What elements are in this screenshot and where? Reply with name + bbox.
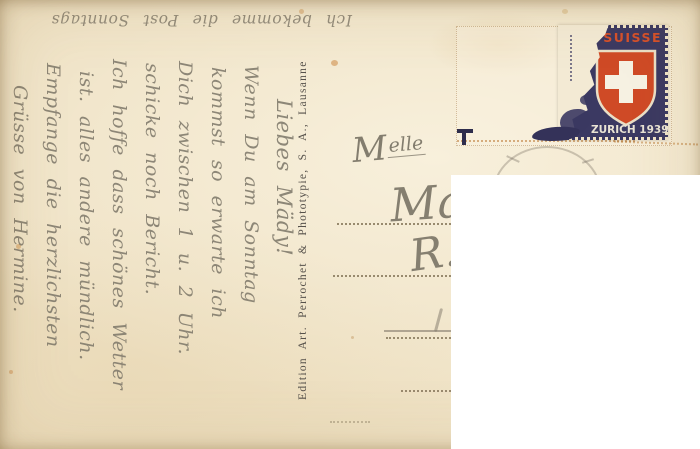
address-salutation: Melle [350,125,427,171]
inverted-pencil-note: Ich bekomme die Post Sonntags [0,1,358,29]
address-dotted-line [330,421,370,423]
swiss-shield-icon [594,49,658,127]
message-line: Empfange die herzlichsten [36,63,69,445]
address-pen-fragment [434,308,443,332]
message-line: kommst so erwarte ich [201,67,234,445]
message-line: Grüsse von Hermine. [3,85,36,445]
stamp-country-label: SUISSE [603,30,662,45]
message-line: ist. alles andere mündlich. [69,71,102,445]
message-line: Ich hoffe dass schönes Wetter [102,59,135,445]
handwritten-message: Liebes Mädy! Wenn Du am Sonntag kommst s… [0,55,300,445]
salutation-elle: elle [386,132,427,158]
foxing-spot [351,336,354,339]
pencil-underline [384,330,454,332]
message-line: Liebes Mädy! [267,99,300,445]
address-dotted-line [401,390,455,392]
message-line: Dich zwischen 1 u. 2 Uhr. [168,61,201,445]
stamp-cityyear-label: ZURICH 1939 [591,124,669,136]
postage-stamp: SUISSE ZURICH 1939 [558,25,668,140]
foxing-spot [331,60,338,66]
torn-stamp-remnant [462,129,466,145]
address-dotted-line [386,337,454,339]
foxing-spot [562,9,568,14]
message-line: Wenn Du am Sonntag [234,65,267,445]
postcard-photo: Ich bekomme die Post Sonntags Liebes Mäd… [0,0,700,449]
stamp-torn-remnant [580,95,592,105]
message-line: schicke noch Bericht. [135,63,168,445]
stamp-perforation-remnant [570,35,572,81]
salutation-m: M [350,128,388,171]
privacy-mask [451,175,700,449]
